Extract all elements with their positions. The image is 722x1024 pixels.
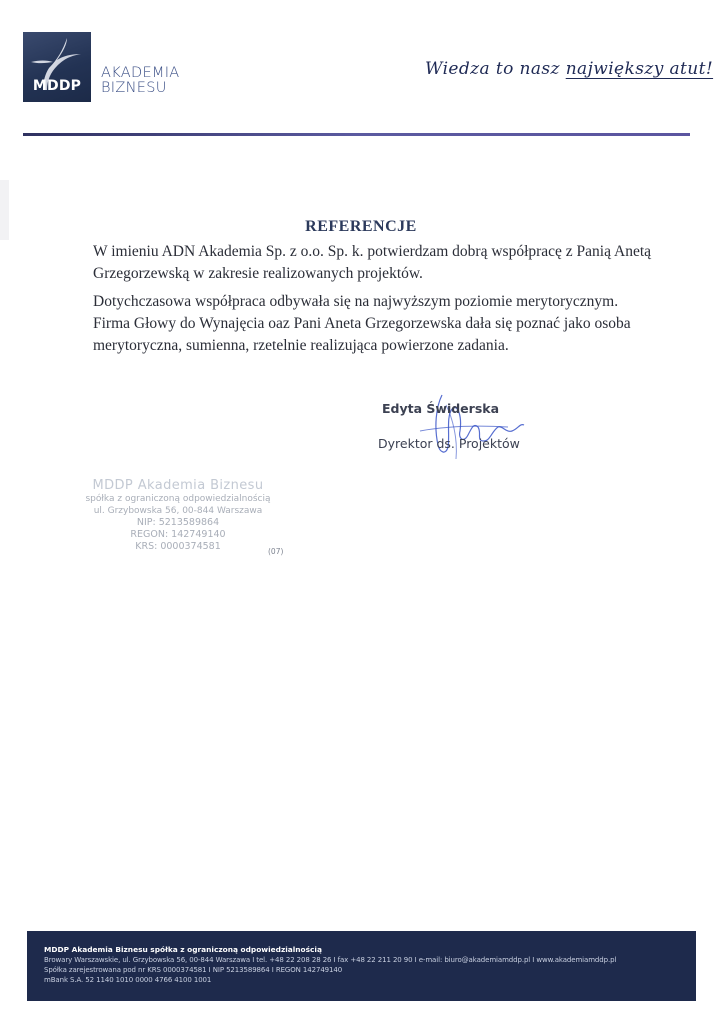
footer-address: Browary Warszawskie, ul. Grzybowska 56, … — [44, 955, 616, 965]
footer-company: MDDP Akademia Biznesu spółka z ograniczo… — [44, 945, 616, 955]
stamp-nip: NIP: 5213589864 — [63, 517, 293, 529]
stamp-krs: KRS: 0000374581 — [63, 541, 293, 553]
stamp-address: ul. Grzybowska 56, 00-844 Warszawa — [63, 505, 293, 517]
handwritten-signature-icon — [412, 387, 532, 467]
stamp-regon: REGON: 142749140 — [63, 529, 293, 541]
paragraph-line: Grzegorzewską w zakresie realizowanych p… — [93, 263, 653, 285]
logo-wordmark: AKADEMIA BIZNESU — [101, 66, 180, 96]
footer-bank: mBank S.A. 52 1140 1010 0000 4766 4100 1… — [44, 975, 616, 985]
company-stamp: MDDP Akademia Biznesu spółka z ograniczo… — [63, 478, 293, 553]
stamp-legal-form: spółka z ograniczoną odpowiedzialnością — [63, 493, 293, 505]
signatory-name: Edyta Świderska — [382, 401, 499, 416]
stamp-company: MDDP Akademia Biznesu — [63, 478, 293, 493]
header-divider — [23, 133, 690, 136]
company-logo: MDDP — [23, 32, 91, 102]
stamp-code: (07) — [268, 547, 283, 556]
paragraph-line: W imieniu ADN Akademia Sp. z o.o. Sp. k.… — [93, 241, 653, 263]
footer-banner: MDDP Akademia Biznesu spółka z ograniczo… — [27, 931, 696, 1001]
paragraph-line: Firma Głowy do Wynajęcia oaz Pani Aneta … — [93, 313, 673, 335]
tagline-underlined: największy atut! — [566, 59, 713, 79]
signatory-role: Dyrektor ds. Projektów — [378, 436, 520, 451]
tagline-plain: Wiedza to nasz — [425, 59, 566, 79]
logo-mark-label: MDDP — [23, 78, 91, 94]
paragraph-assessment: Dotychczasowa współpraca odbywała się na… — [93, 291, 673, 357]
footer-registration: Spółka zarejestrowana pod nr KRS 0000374… — [44, 965, 616, 975]
paragraph-line: Dotychczasowa współpraca odbywała się na… — [93, 291, 673, 313]
paragraph-confirmation: W imieniu ADN Akademia Sp. z o.o. Sp. k.… — [93, 241, 653, 285]
signature-block: Edyta Świderska Dyrektor ds. Projektów — [370, 397, 540, 467]
tagline: Wiedza to nasz największy atut! — [425, 59, 713, 79]
logo-wordmark-line2: BIZNESU — [101, 81, 180, 96]
paragraph-line: merytoryczna, sumienna, rzetelnie realiz… — [93, 335, 673, 357]
logo-wordmark-line1: AKADEMIA — [101, 66, 180, 81]
document-title: REFERENCJE — [0, 218, 722, 236]
